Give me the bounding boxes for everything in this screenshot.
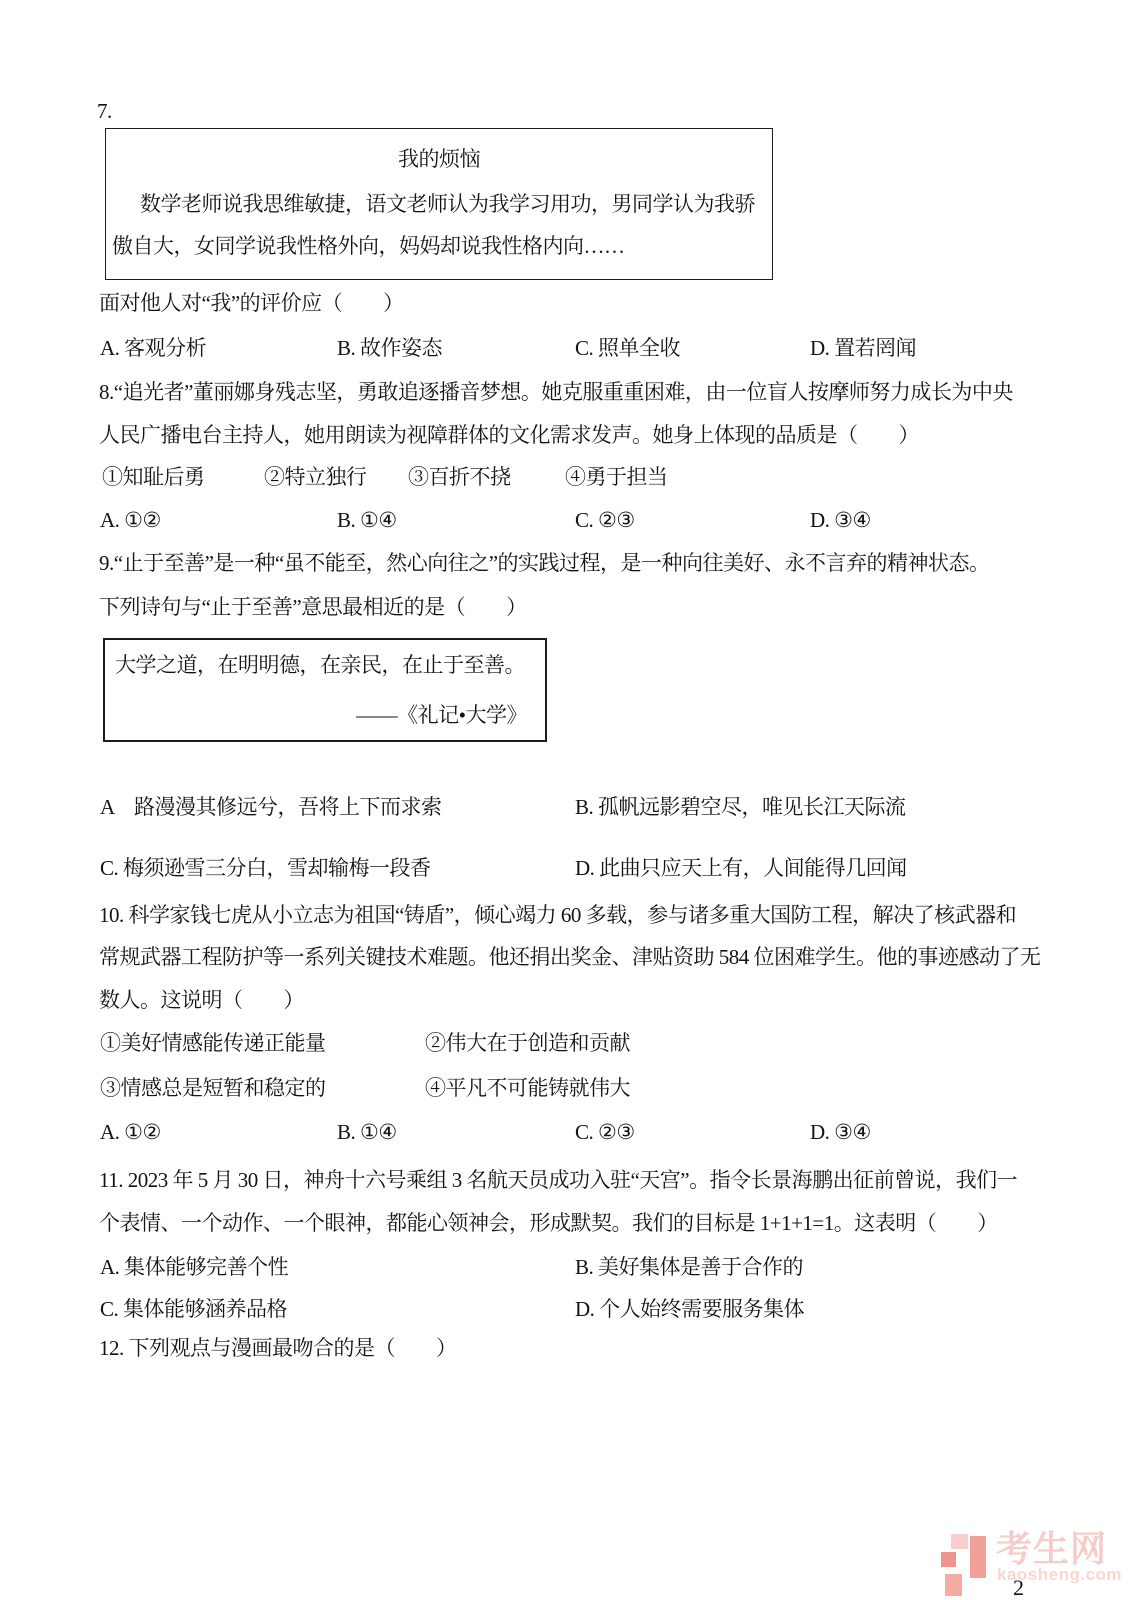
q11-option-b: B. 美好集体是善于合作的 — [575, 1254, 803, 1280]
q10-option-d: D. ③④ — [810, 1119, 871, 1145]
q9-quote-source: ——《礼记•大学》 — [115, 702, 527, 728]
q7-material-line-1: 数学老师说我思维敏捷，语文老师认为我学习用功，男同学认为我骄 — [112, 191, 766, 217]
q8-items-row: ①知耻后勇 ②特立独行 ③百折不挠 ④勇于担当 — [100, 464, 1131, 490]
q8-item-2: ②特立独行 — [264, 464, 367, 490]
q7-option-d: D. 置若罔闻 — [810, 335, 916, 361]
q11-options-row-cd: C. 集体能够涵养品格 D. 个人始终需要服务集体 — [100, 1296, 1131, 1322]
page-number: 2 — [1013, 1576, 1024, 1600]
q7-material-line-2: 傲自大，女同学说我性格外向，妈妈却说我性格内向…… — [112, 233, 766, 259]
q10-item-4: ④平凡不可能铸就伟大 — [425, 1075, 630, 1101]
q9-option-a: A 路漫漫其修远兮，吾将上下而求索 — [100, 794, 442, 820]
q7-option-c: C. 照单全收 — [575, 335, 680, 361]
q10-option-c: C. ②③ — [575, 1119, 635, 1145]
q8-option-d: D. ③④ — [810, 507, 871, 533]
logo-block — [970, 1536, 986, 1578]
q9-stem-line-1: 9.“止于至善”是一种“虽不能至，然心向往之”的实践过程，是一种向往美好、永不言… — [99, 550, 990, 576]
q8-option-c: C. ②③ — [575, 507, 635, 533]
q8-stem-line-2: 人民广播电台主持人，她用朗读为视障群体的文化需求发声。她身上体现的品质是（ ） — [99, 422, 919, 448]
q8-item-1: ①知耻后勇 — [102, 464, 205, 490]
q10-stem-line-1: 10. 科学家钱七虎从小立志为祖国“铸盾”，倾心竭力 60 多载，参与诸多重大国… — [99, 902, 1016, 928]
q8-stem-line-1: 8.“追光者”董丽娜身残志坚，勇敢追逐播音梦想。她克服重重困难，由一位盲人按摩师… — [99, 379, 1013, 405]
q7-material-box: 我的烦恼 数学老师说我思维敏捷，语文老师认为我学习用功，男同学认为我骄 傲自大，… — [105, 128, 773, 280]
watermark-brand: 考生网 — [996, 1530, 1107, 1568]
q11-stem-line-1: 11. 2023 年 5 月 30 日，神舟十六号乘组 3 名航天员成功入驻“天… — [99, 1167, 1017, 1193]
q10-options-row: A. ①② B. ①④ C. ②③ D. ③④ — [100, 1119, 1131, 1145]
q7-material-title: 我的烦恼 — [112, 146, 766, 172]
q10-items-row-34: ③情感总是短暂和稳定的 ④平凡不可能铸就伟大 — [100, 1075, 1131, 1101]
q7-options-row: A. 客观分析 B. 故作姿态 C. 照单全收 D. 置若罔闻 — [100, 335, 1131, 361]
q9-quote-box: 大学之道，在明明德，在亲民，在止于至善。 ——《礼记•大学》 — [103, 638, 547, 742]
q9-option-c: C. 梅须逊雪三分白，雪却输梅一段香 — [100, 855, 431, 881]
q8-item-4: ④勇于担当 — [565, 464, 668, 490]
question-7-number: 7. — [97, 98, 112, 124]
q7-option-a: A. 客观分析 — [100, 335, 206, 361]
q8-option-a: A. ①② — [100, 507, 161, 533]
q9-options-row-ab: A 路漫漫其修远兮，吾将上下而求索 B. 孤帆远影碧空尽，唯见长江天际流 — [100, 794, 1131, 820]
exam-page: 7. 我的烦恼 数学老师说我思维敏捷，语文老师认为我学习用功，男同学认为我骄 傲… — [0, 0, 1131, 1600]
q10-item-3: ③情感总是短暂和稳定的 — [100, 1075, 326, 1101]
q9-options-row-cd: C. 梅须逊雪三分白，雪却输梅一段香 D. 此曲只应天上有，人间能得几回闻 — [100, 855, 1131, 881]
kaosheng-logo-icon — [941, 1532, 989, 1596]
q8-options-row: A. ①② B. ①④ C. ②③ D. ③④ — [100, 507, 1131, 533]
q11-option-c: C. 集体能够涵养品格 — [100, 1296, 287, 1322]
q9-option-b: B. 孤帆远影碧空尽，唯见长江天际流 — [575, 794, 906, 820]
q7-option-b: B. 故作姿态 — [337, 335, 442, 361]
q10-item-1: ①美好情感能传递正能量 — [100, 1030, 326, 1056]
q11-stem-line-2: 个表情、一个动作、一个眼神，都能心领神会，形成默契。我们的目标是 1+1+1=1… — [99, 1210, 998, 1236]
q7-stem: 面对他人对“我”的评价应（ ） — [99, 290, 404, 316]
q10-items-row-12: ①美好情感能传递正能量 ②伟大在于创造和贡献 — [100, 1030, 1131, 1056]
q8-item-3: ③百折不挠 — [408, 464, 511, 490]
q10-option-b: B. ①④ — [337, 1119, 397, 1145]
q12-stem: 12. 下列观点与漫画最吻合的是（ ） — [99, 1335, 457, 1361]
q10-stem-line-3: 数人。这说明（ ） — [99, 987, 304, 1013]
q8-option-b: B. ①④ — [337, 507, 397, 533]
q10-stem-line-2: 常规武器工程防护等一系列关键技术难题。他还捐出奖金、津贴资助 584 位困难学生… — [99, 944, 1041, 970]
logo-block — [941, 1552, 956, 1567]
q9-stem-line-2: 下列诗句与“止于至善”意思最相近的是（ ） — [99, 594, 527, 620]
q11-option-a: A. 集体能够完善个性 — [100, 1254, 288, 1280]
logo-block — [945, 1574, 962, 1596]
q11-options-row-ab: A. 集体能够完善个性 B. 美好集体是善于合作的 — [100, 1254, 1131, 1280]
q9-option-d: D. 此曲只应天上有，人间能得几回闻 — [575, 855, 907, 881]
q10-option-a: A. ①② — [100, 1119, 161, 1145]
q9-quote-text: 大学之道，在明明德，在亲民，在止于至善。 — [115, 652, 527, 678]
q10-item-2: ②伟大在于创造和贡献 — [425, 1030, 630, 1056]
q11-option-d: D. 个人始终需要服务集体 — [575, 1296, 804, 1322]
logo-block — [951, 1534, 968, 1549]
